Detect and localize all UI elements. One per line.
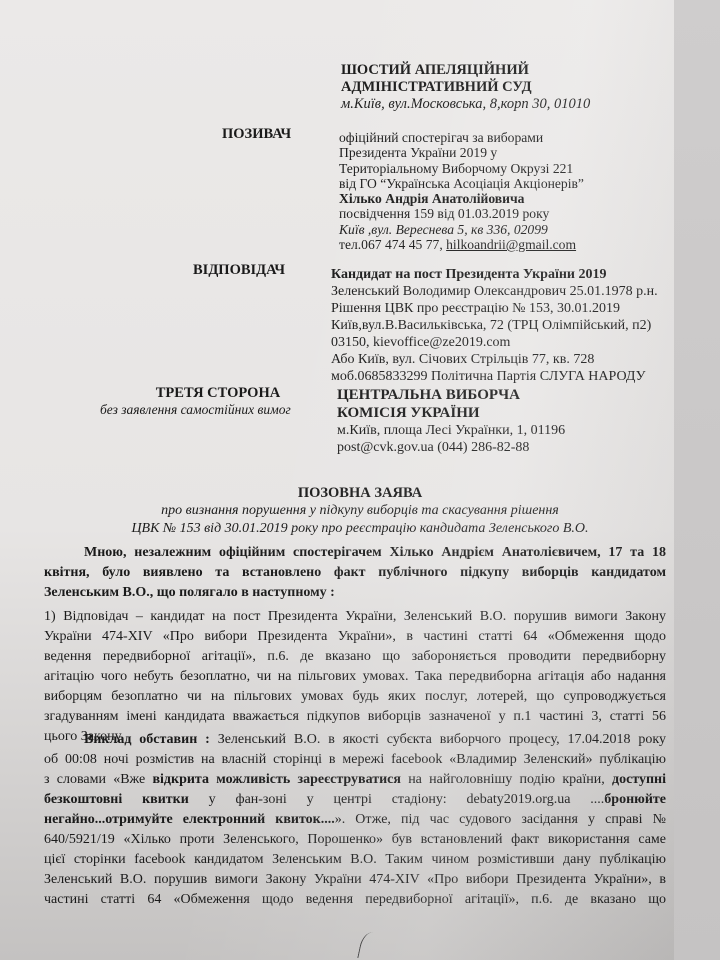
intro-paragraph: Мною, незалежним офіційним спостерігачем… (44, 543, 666, 603)
paragraph-line: Виклад обставин : Зеленський В.О. в якос… (44, 730, 666, 750)
defendant-line: Київ,вул.В.Васильківська, 72 (ТРЦ Олімпі… (331, 317, 658, 334)
quote-bold: відкрита можливість зареєструватися (152, 772, 400, 787)
paragraph-line: цієї сторінки facebook кандидатом Зеленс… (44, 850, 666, 870)
quote-bold: бронюйте (604, 792, 666, 807)
third-party-label: ТРЕТЯ СТОРОНА (143, 385, 293, 402)
intro-line: Зеленським В.О., що полягало в наступном… (44, 583, 666, 603)
intro-line: квітня, було виявлено та встановлено фак… (44, 563, 666, 583)
quote-bold: безкоштовні квитки (44, 792, 189, 807)
third-party-name-line1: ЦЕНТРАЛЬНА ВИБОРЧА (337, 386, 565, 404)
paragraph-1: 1) Відповідач – кандидат на пост Президе… (44, 607, 666, 747)
claim-title-block: ПОЗОВНА ЗАЯВА про визнання порушення у п… (60, 484, 660, 538)
defendant-line: Рішення ЦВК про реєстрацію № 153, 30.01.… (331, 300, 658, 317)
court-name-line2: АДМІНІСТРАТИВНИЙ СУД (341, 79, 590, 96)
plaintiff-line: від ГО “Українська Асоціація Акціонерів” (339, 176, 584, 191)
defendant-line: 03150, kievoffice@ze2019.com (331, 334, 658, 351)
defendant-line: Або Київ, вул. Січових Стрільців 77, кв.… (331, 351, 658, 368)
paragraph-text: Зеленський В.О. в якості субєкта виборчо… (210, 732, 666, 747)
paragraph-line: ведення передвиборної агітації», п.6. де… (44, 647, 666, 667)
plaintiff-contacts: тел.067 474 45 77, hilkoandrii@gmail.com (339, 237, 584, 252)
court-address: м.Київ, вул.Московська, 8,корп 30, 01010 (341, 96, 590, 113)
third-party-sublabel: без заявлення самостійних вимог (100, 402, 291, 418)
claim-title: ПОЗОВНА ЗАЯВА (60, 484, 660, 502)
pen-mark (357, 931, 379, 960)
paragraph-line: виборцям безоплатно чи на пільгових умов… (44, 687, 666, 707)
intro-line: Мною, незалежним офіційним спостерігачем… (44, 543, 666, 563)
defendant-block: Кандидат на пост Президента України 2019… (331, 266, 658, 385)
paragraph-line: України 474-XIV «Про вибори Президента У… (44, 627, 666, 647)
quote-bold: доступні (612, 772, 666, 787)
paragraph-text: на найголовнішу подію країни, (401, 772, 612, 787)
plaintiff-email-link[interactable]: hilkoandrii@gmail.com (446, 237, 576, 252)
plaintiff-line: Територіальному Виборчому Окрузі 221 (339, 161, 584, 176)
defendant-heading: Кандидат на пост Президента України 2019 (331, 266, 658, 283)
paragraph-line: з словами «Вже відкрита можливість зареє… (44, 770, 666, 790)
paragraph-2: Виклад обставин : Зеленський В.О. в якос… (44, 730, 666, 910)
plaintiff-address: Київ ,вул. Вереснева 5, кв 336, 02099 (339, 222, 584, 237)
plaintiff-name: Хілько Андрія Анатолійовича (339, 191, 584, 206)
third-party-block: ЦЕНТРАЛЬНА ВИБОРЧА КОМІСІЯ УКРАЇНИ м.Киї… (337, 386, 565, 456)
plaintiff-phone: тел.067 474 45 77, (339, 237, 446, 252)
paragraph-line: частині статті 64 «Обмеження щодо веденн… (44, 890, 666, 910)
plaintiff-label: ПОЗИВАЧ (222, 126, 291, 143)
paragraph-text: з словами «Вже (44, 772, 152, 787)
paragraph-line: об 00:08 ночі розмістив на власній сторі… (44, 750, 666, 770)
paragraph-line: безкоштовні квитки у фан-зоні у центрі с… (44, 790, 666, 810)
claim-subtitle-line1: про визнання порушення у підкупу виборці… (60, 502, 660, 520)
defendant-line: моб.0685833299 Політична Партія СЛУГА НА… (331, 368, 658, 385)
plaintiff-certificate: посвідчення 159 від 01.03.2019 року (339, 206, 584, 221)
defendant-line: Зеленський Володимир Олександрович 25.01… (331, 283, 658, 300)
court-name-line1: ШОСТИЙ АПЕЛЯЦІЙНИЙ (341, 62, 590, 79)
background-surface (674, 0, 720, 960)
paragraph-text: ». Отже, під час судового засідання у сп… (335, 812, 666, 827)
third-party-name-line2: КОМІСІЯ УКРАЇНИ (337, 404, 565, 422)
court-header: ШОСТИЙ АПЕЛЯЦІЙНИЙ АДМІНІСТРАТИВНИЙ СУД … (341, 62, 590, 113)
third-party-contacts: post@cvk.gov.ua (044) 286-82-88 (337, 439, 565, 456)
paragraph-line: 1) Відповідач – кандидат на пост Президе… (44, 607, 666, 627)
quote-bold: негайно...отримуйте електронний квиток..… (44, 812, 335, 827)
paragraph-line: 640/5921/19 «Хілько проти Зеленського, П… (44, 830, 666, 850)
plaintiff-line: офіційний спостерігач за виборами (339, 130, 584, 145)
plaintiff-block: офіційний спостерігач за виборами Презид… (339, 130, 584, 252)
circumstances-heading: Виклад обставин : (84, 732, 210, 747)
paragraph-line: агітацію чого небуть безоплатно, чи на п… (44, 667, 666, 687)
defendant-label: ВІДПОВІДАЧ (193, 262, 285, 279)
paragraph-line: негайно...отримуйте електронний квиток..… (44, 810, 666, 830)
paragraph-line: згадуванням імені кандидата вважається п… (44, 707, 666, 727)
claim-subtitle-line2: ЦВК № 153 від 30.01.2019 року про реєстр… (60, 520, 660, 538)
plaintiff-line: Президента України 2019 у (339, 145, 584, 160)
paragraph-line: Зеленський В.О. порушив вимоги Закону Ук… (44, 870, 666, 890)
document-page: ШОСТИЙ АПЕЛЯЦІЙНИЙ АДМІНІСТРАТИВНИЙ СУД … (0, 0, 674, 960)
paragraph-text: у фан-зоні у центрі стадіону: debaty2019… (189, 792, 605, 807)
third-party-address: м.Київ, площа Лесі Українки, 1, 01196 (337, 422, 565, 439)
